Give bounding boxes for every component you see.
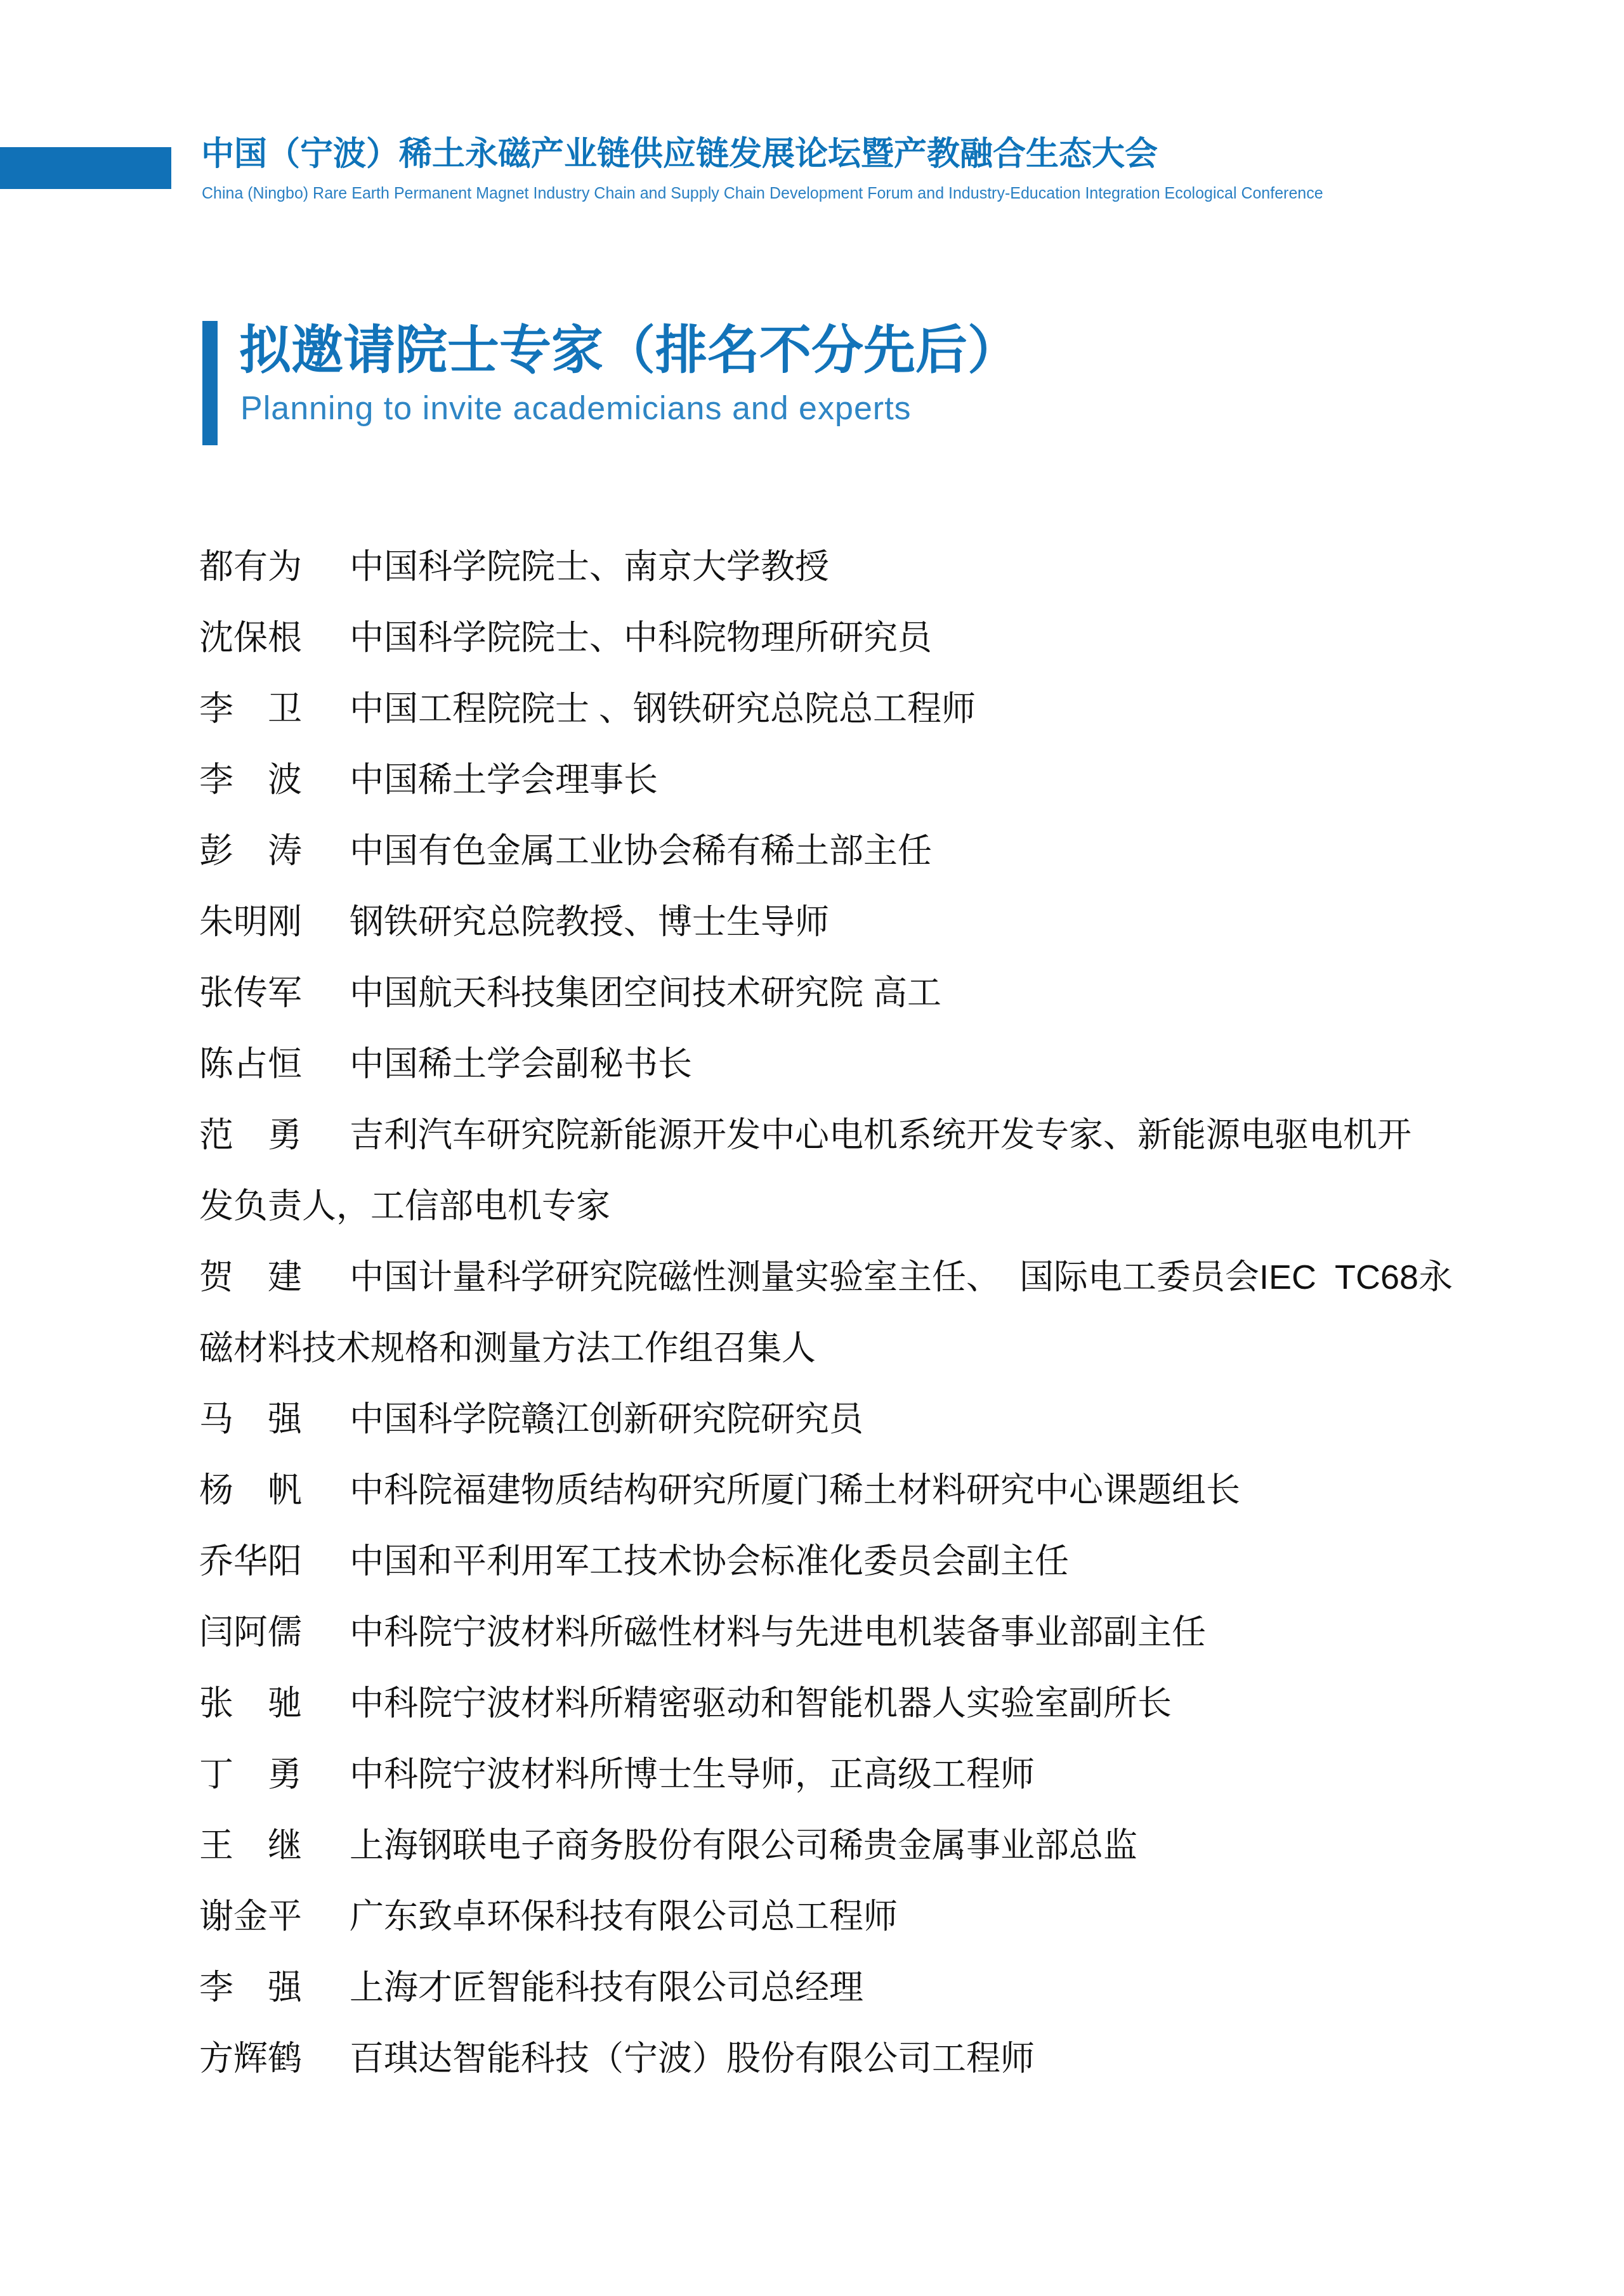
expert-role: 钢铁研究总院教授、博士生导师 — [350, 903, 829, 941]
expert-role: 中科院宁波材料所磁性材料与先进电机装备事业部副主任 — [350, 1614, 1206, 1652]
expert-name: 谢金平 — [199, 1881, 350, 1952]
expert-row: 张 驰中科院宁波材料所精密驱动和智能机器人实验室副所长 — [199, 1668, 1468, 1739]
section-subtitle: Planning to invite academicians and expe… — [240, 388, 912, 429]
expert-row: 丁 勇中科院宁波材料所博士生导师，正高级工程师 — [199, 1739, 1468, 1810]
expert-role: 广东致卓环保科技有限公司总工程师 — [350, 1898, 898, 1936]
expert-role: 上海钢联电子商务股份有限公司稀贵金属事业部总监 — [350, 1827, 1137, 1865]
expert-role: 百琪达智能科技（宁波）股份有限公司工程师 — [350, 2040, 1035, 2078]
expert-name: 方辉鹤 — [199, 2023, 350, 2094]
conference-subtitle-en: China (Ningbo) Rare Earth Permanent Magn… — [202, 183, 1323, 204]
section-accent-bar — [202, 321, 218, 445]
expert-row: 沈保根中国科学院院士、中科院物理所研究员 — [199, 603, 1468, 674]
expert-role: 上海才匠智能科技有限公司总经理 — [350, 1969, 863, 2007]
expert-row: 闫阿儒中科院宁波材料所磁性材料与先进电机装备事业部副主任 — [199, 1597, 1468, 1668]
expert-name: 李 卫 — [199, 674, 350, 745]
expert-row: 方辉鹤百琪达智能科技（宁波）股份有限公司工程师 — [199, 2023, 1468, 2094]
expert-name: 马 强 — [199, 1384, 350, 1455]
expert-name: 闫阿儒 — [199, 1597, 350, 1668]
expert-role: 中科院福建物质结构研究所厦门稀土材料研究中心课题组长 — [350, 1471, 1240, 1510]
expert-role: 中国有色金属工业协会稀有稀土部主任 — [350, 832, 932, 870]
expert-row: 彭 涛中国有色金属工业协会稀有稀土部主任 — [199, 816, 1468, 887]
brochure-page: { "page": { "background": "#ffffff" }, "… — [0, 0, 1624, 2296]
expert-row: 都有为中国科学院院士、南京大学教授 — [199, 532, 1468, 603]
expert-name: 张传军 — [199, 958, 350, 1029]
header-accent-bar — [0, 147, 171, 189]
expert-name: 范 勇 — [199, 1100, 350, 1171]
expert-role: 中国科学院院士、南京大学教授 — [350, 548, 829, 586]
expert-name: 沈保根 — [199, 603, 350, 674]
expert-role: 中国稀土学会副秘书长 — [350, 1045, 692, 1083]
expert-role: 中科院宁波材料所博士生导师，正高级工程师 — [350, 1756, 1035, 1794]
expert-row: 杨 帆中科院福建物质结构研究所厦门稀土材料研究中心课题组长 — [199, 1455, 1468, 1526]
expert-name: 李 波 — [199, 745, 350, 816]
expert-role: 中科院宁波材料所精密驱动和智能机器人实验室副所长 — [350, 1685, 1172, 1723]
expert-role: 吉利汽车研究院新能源开发中心电机系统开发专家、新能源电驱电机开 发负责人，工信部… — [199, 1116, 1411, 1225]
expert-role: 中国稀土学会理事长 — [350, 761, 658, 799]
expert-row: 贺 建中国计量科学研究院磁性测量实验室主任、 国际电工委员会IEC TC68永 … — [199, 1242, 1468, 1384]
expert-name: 张 驰 — [199, 1668, 350, 1739]
expert-role: 中国航天科技集团空间技术研究院 高工 — [350, 974, 941, 1012]
expert-name: 陈占恒 — [199, 1029, 350, 1100]
expert-role: 中国和平利用军工技术协会标准化委员会副主任 — [350, 1543, 1069, 1581]
expert-list: 都有为中国科学院院士、南京大学教授 沈保根中国科学院院士、中科院物理所研究员 李… — [199, 532, 1468, 2094]
expert-name: 彭 涛 — [199, 816, 350, 887]
expert-row: 马 强中国科学院赣江创新研究院研究员 — [199, 1384, 1468, 1455]
expert-role: 中国科学院赣江创新研究院研究员 — [350, 1400, 863, 1438]
expert-name: 朱明刚 — [199, 887, 350, 958]
expert-row: 乔华阳中国和平利用军工技术协会标准化委员会副主任 — [199, 1526, 1468, 1597]
expert-row: 谢金平广东致卓环保科技有限公司总工程师 — [199, 1881, 1468, 1952]
expert-name: 丁 勇 — [199, 1739, 350, 1810]
expert-row: 朱明刚钢铁研究总院教授、博士生导师 — [199, 887, 1468, 958]
expert-name: 杨 帆 — [199, 1455, 350, 1526]
expert-row: 陈占恒中国稀土学会副秘书长 — [199, 1029, 1468, 1100]
expert-role: 中国科学院院士、中科院物理所研究员 — [350, 619, 932, 657]
expert-role: 中国工程院院士 、钢铁研究总院总工程师 — [350, 690, 976, 728]
expert-name: 乔华阳 — [199, 1526, 350, 1597]
expert-row: 范 勇吉利汽车研究院新能源开发中心电机系统开发专家、新能源电驱电机开 发负责人，… — [199, 1100, 1468, 1242]
expert-row: 王 继上海钢联电子商务股份有限公司稀贵金属事业部总监 — [199, 1810, 1468, 1881]
expert-row: 李 卫中国工程院院士 、钢铁研究总院总工程师 — [199, 674, 1468, 745]
expert-row: 李 波中国稀土学会理事长 — [199, 745, 1468, 816]
expert-name: 贺 建 — [199, 1242, 350, 1313]
expert-name: 都有为 — [199, 532, 350, 603]
expert-row: 李 强上海才匠智能科技有限公司总经理 — [199, 1952, 1468, 2023]
expert-role: 中国计量科学研究院磁性测量实验室主任、 国际电工委员会IEC TC68永 磁材料… — [199, 1258, 1453, 1367]
section-title: 拟邀请院士专家（排名不分先后） — [239, 316, 1019, 386]
expert-name: 王 继 — [199, 1810, 350, 1881]
conference-title-cn: 中国（宁波）稀土永磁产业链供应链发展论坛暨产教融合生态大会 — [201, 131, 1158, 178]
expert-name: 李 强 — [199, 1952, 350, 2023]
expert-row: 张传军中国航天科技集团空间技术研究院 高工 — [199, 958, 1468, 1029]
